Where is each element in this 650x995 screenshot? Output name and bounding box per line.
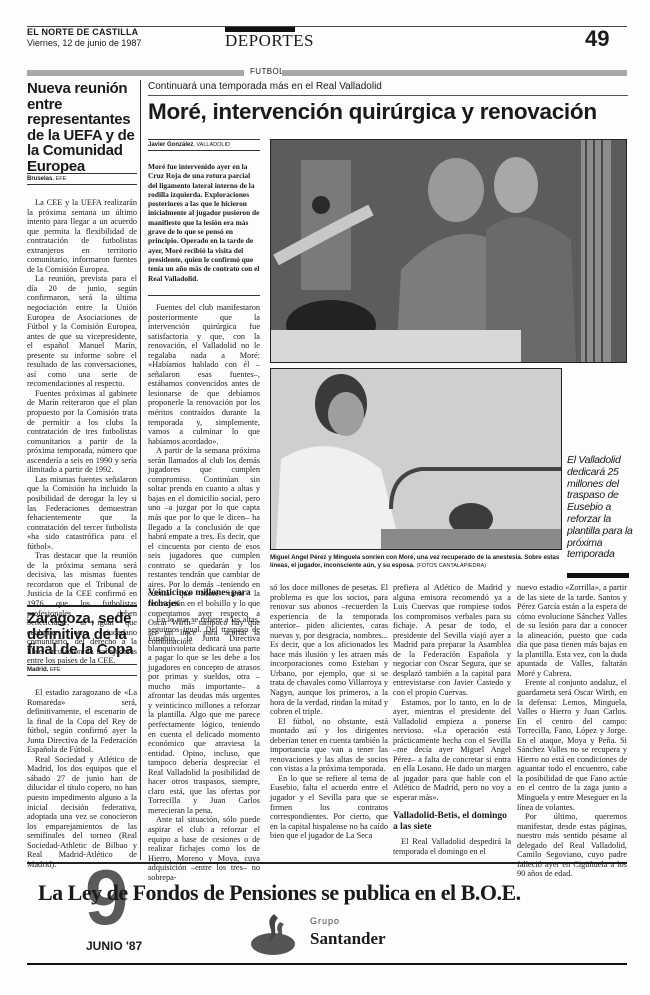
- ad-headline: La Ley de Fondos de Pensiones se publica…: [38, 880, 521, 906]
- side-story-2-dateline: Madrid. EFE: [27, 664, 137, 676]
- subsection-label: FUTBOL: [247, 67, 287, 76]
- byline-author: Javier González: [148, 142, 193, 148]
- subsection-band-right: [282, 70, 627, 76]
- flame-logo-icon: [248, 912, 298, 961]
- paragraph: Fuentes del club manifestaron posteriorm…: [148, 303, 260, 446]
- paragraph: La CEE y la UEFA realizarán la próxima s…: [27, 198, 137, 274]
- side-story-1-headline: Nueva reunión entre representantes de la…: [27, 81, 137, 174]
- paragraph: Por último, queremos manifestar, desde e…: [517, 812, 627, 879]
- main-story-col3b: El Real Valladolid despedirá la temporad…: [393, 837, 511, 856]
- newspaper-name: EL NORTE DE CASTILLA: [27, 27, 138, 37]
- main-story-col1b: En lo que se refiere a las altas, seguim…: [148, 615, 260, 882]
- pull-quote: El Valladolid dedicará 25 millones del t…: [567, 455, 645, 561]
- paragraph: nuevo estadio «Zorrilla», a partir de la…: [517, 583, 627, 678]
- paragraph: En lo que se refiere al tema de Eusebio,…: [270, 774, 388, 841]
- paragraph: La reunión, prevista para el día 20 de j…: [27, 274, 137, 389]
- paragraph: Fuentes próximas al gabinete de Marín re…: [27, 389, 137, 475]
- ad-brand-small: Grupo: [310, 916, 340, 926]
- main-story-col3: prefiera al Atlético de Madrid y alguna …: [393, 583, 511, 803]
- dateline-place: Bruselas.: [27, 176, 54, 182]
- kicker-rule: [148, 95, 628, 96]
- main-story-byline: Javier González, VALLADOLID: [148, 139, 260, 151]
- side-story-2-headline: Zaragoza, sede definitiva de la final de…: [27, 611, 137, 658]
- dateline-place: Madrid.: [27, 667, 48, 673]
- paragraph: prefiera al Atlético de Madrid y alguna …: [393, 583, 511, 698]
- issue-date: Viernes, 12 de junio de 1987: [27, 38, 141, 48]
- byline-place: VALLADOLID: [196, 142, 230, 148]
- ad-brand-name: Santander: [310, 929, 386, 949]
- main-story-col4: nuevo estadio «Zorrilla», a partir de la…: [517, 583, 627, 879]
- main-story-col2: só los doce millones de pesetas. El prob…: [270, 583, 388, 841]
- main-story-kicker: Continuará una temporada más en el Real …: [148, 81, 382, 92]
- side-story-2-body: El estadio zaragozano de «La Romareda» s…: [27, 688, 137, 869]
- pull-quote-bar: [567, 573, 629, 578]
- paragraph: Estamos, por lo tanto, en lo de ayer, mi…: [393, 698, 511, 803]
- photo-image: [271, 140, 626, 362]
- subhead-fichajes: Veinticinco millones para fichajes: [148, 588, 260, 610]
- main-story-headline: Moré, intervención quirúrgica y renovaci…: [148, 99, 597, 125]
- paragraph: só los doce millones de pesetas. El prob…: [270, 583, 388, 717]
- side-story-1-dateline: Bruselas. EFE: [27, 173, 137, 185]
- subsection-band-left: [27, 70, 244, 76]
- lead-rule: [148, 295, 260, 296]
- side-story-1-body: La CEE y la UEFA realizarán la próxima s…: [27, 198, 137, 666]
- paragraph: El Real Valladolid despedirá la temporad…: [393, 837, 511, 856]
- section-title: DEPORTES: [225, 31, 314, 51]
- caption-text: Miguel Angel Pérez y Minguela sonríen co…: [270, 554, 559, 569]
- ad-date-label: JUNIO '87: [86, 939, 142, 953]
- photo-caption: Miguel Angel Pérez y Minguela sonríen co…: [270, 554, 560, 570]
- main-story-lead: Moré fue intervenido ayer en la Cruz Roj…: [148, 162, 260, 283]
- photo-hospital-visit: [270, 139, 627, 363]
- column-divider: [140, 80, 141, 860]
- paragraph: Frente al conjunto andaluz, el guardamet…: [517, 678, 627, 812]
- ad-bottom-rule: [27, 963, 627, 965]
- dateline-agency: EFE: [50, 667, 61, 673]
- subhead-betis: Valladolid-Betis, el domingo a las siete: [393, 811, 511, 833]
- photo-player-wife: [270, 368, 562, 550]
- story-separator: [27, 605, 137, 607]
- photo-image: [271, 369, 561, 549]
- dateline-agency: EFE: [56, 176, 67, 182]
- paragraph: Ante tal situación, sólo puede aspirar e…: [148, 815, 260, 882]
- page-number: 49: [585, 26, 609, 52]
- paragraph: En lo que se refiere a las altas, seguim…: [148, 615, 260, 815]
- paragraph: El estadio zaragozano de «La Romareda» s…: [27, 688, 137, 755]
- paragraph: Las mismas fuentes señalaron que la Comi…: [27, 475, 137, 551]
- photo-credit: (FOTOS CANTALAPIEDRA): [417, 563, 486, 569]
- paragraph: El fútbol, no obstante, está montado así…: [270, 717, 388, 774]
